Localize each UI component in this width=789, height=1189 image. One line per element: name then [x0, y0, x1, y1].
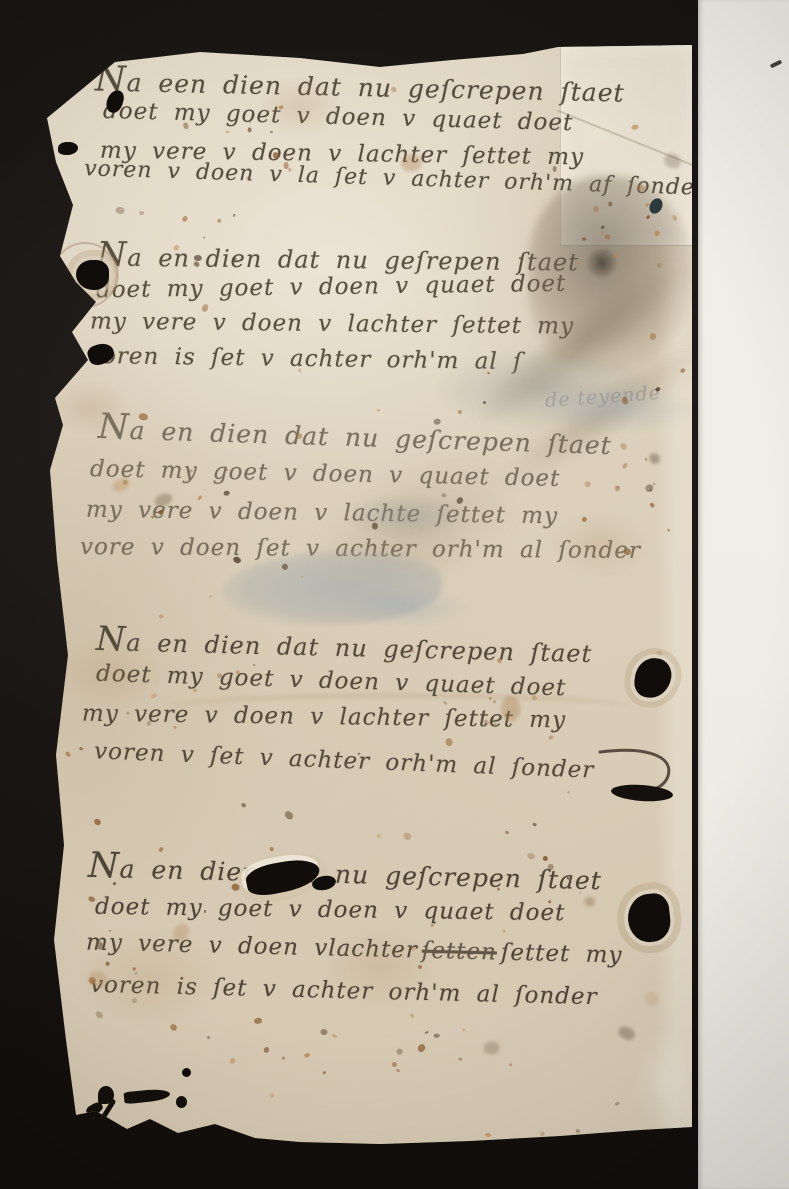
mount-board — [698, 0, 789, 1189]
pen-flourish — [0, 0, 789, 1189]
wormhole — [76, 260, 109, 290]
parchment-leaf: Na een dien dat nu geſcrepen ſtaet doet … — [0, 0, 789, 1189]
pen-trial-mark — [176, 1096, 187, 1108]
manuscript-photograph: Na een dien dat nu geſcrepen ſtaet doet … — [0, 0, 789, 1189]
ink-dot — [182, 1068, 191, 1077]
